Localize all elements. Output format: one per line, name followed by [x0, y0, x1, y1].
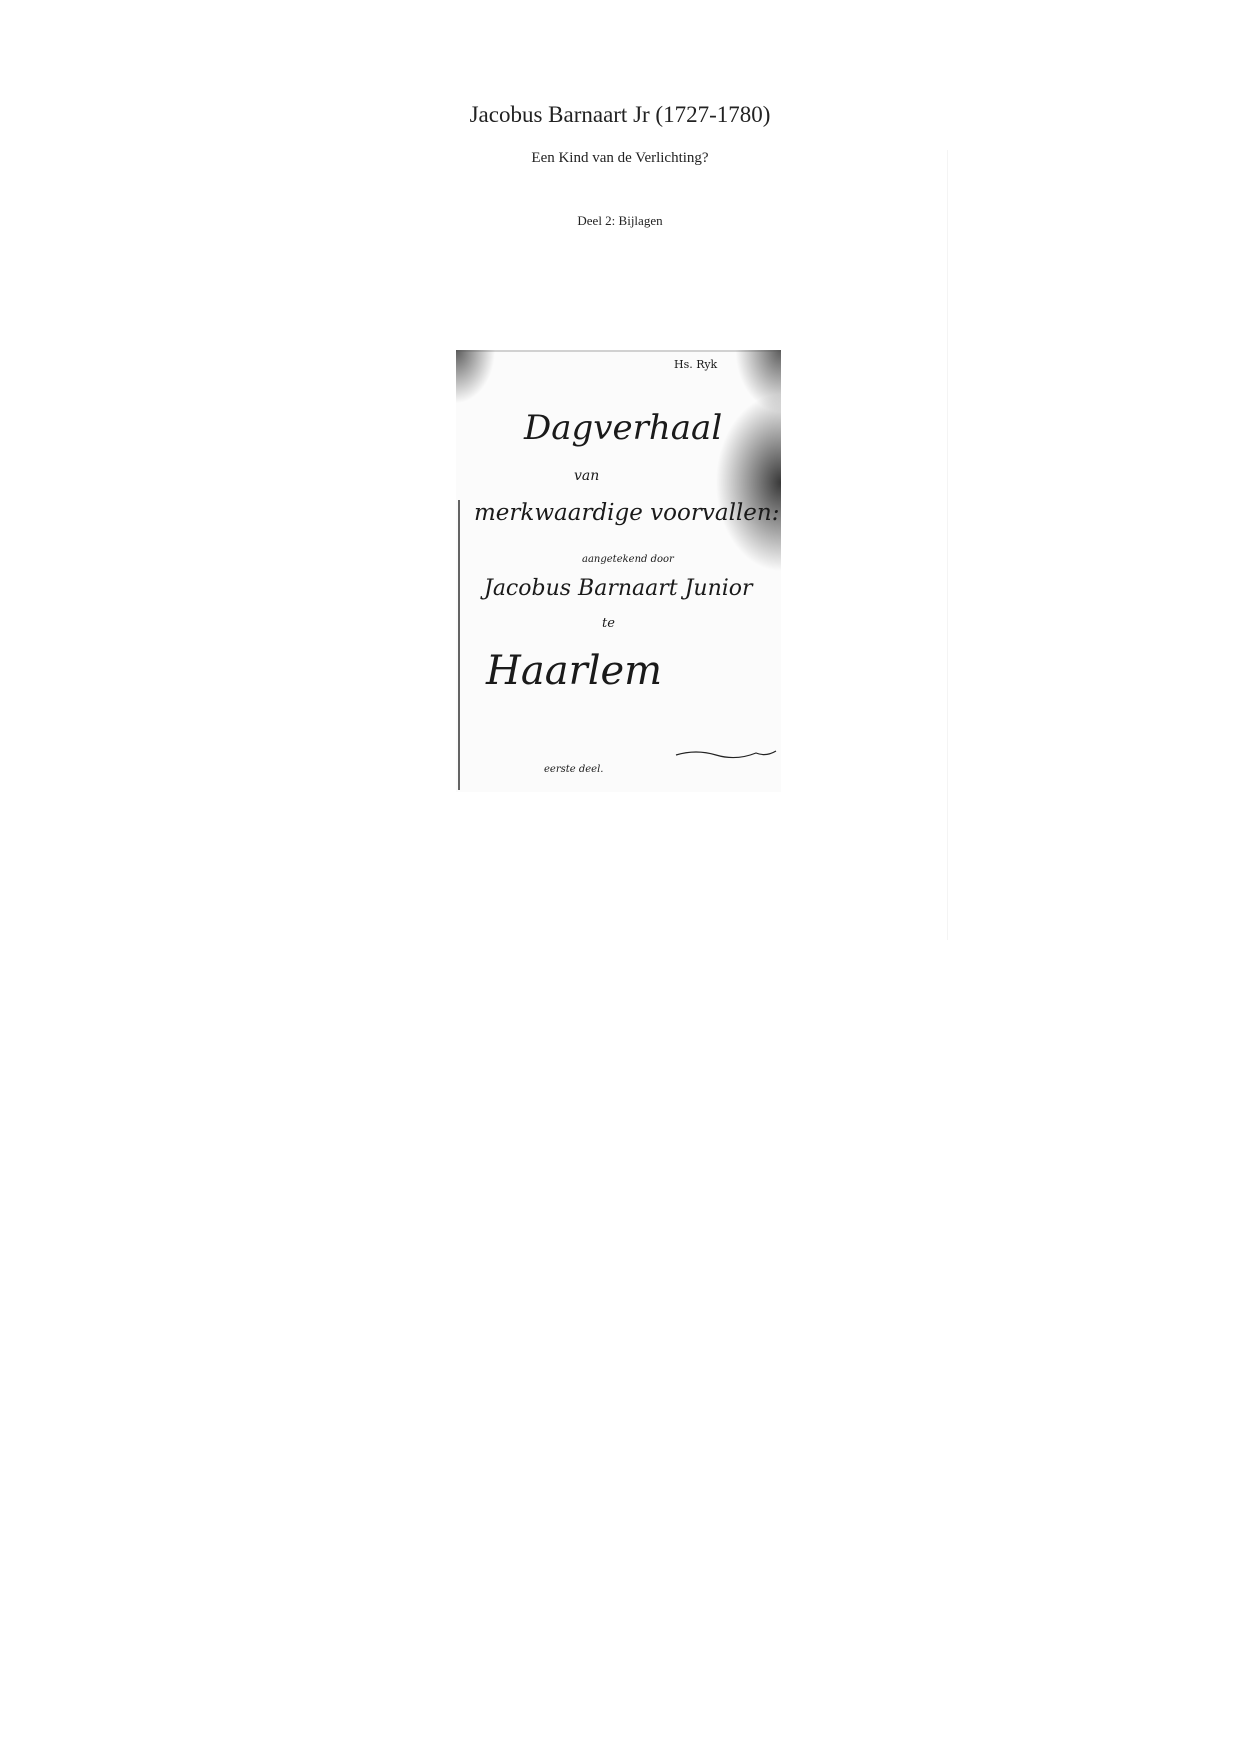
manuscript-line-8: eerste deel.	[544, 764, 603, 775]
manuscript-line-1: Dagverhaal	[524, 408, 722, 448]
manuscript-line-5: Jacobus Barnaart Junior	[484, 576, 753, 601]
document-part-label: Deel 2: Bijlagen	[0, 213, 1240, 229]
manuscript-line-4: aangetekend door	[582, 554, 674, 565]
manuscript-line-6: te	[602, 616, 615, 631]
archive-note: Hs. Ryk	[674, 358, 717, 371]
manuscript-line-2: van	[574, 468, 599, 484]
document-title: Jacobus Barnaart Jr (1727-1780)	[0, 102, 1240, 128]
document-subtitle: Een Kind van de Verlichting?	[0, 150, 1240, 167]
manuscript-line-3: merkwaardige voorvallen:	[474, 500, 779, 526]
page-edge	[947, 150, 948, 940]
manuscript-line-7: Haarlem	[486, 648, 662, 694]
manuscript-scan-image: Hs. Ryk Dagverhaal van merkwaardige voor…	[456, 350, 781, 792]
